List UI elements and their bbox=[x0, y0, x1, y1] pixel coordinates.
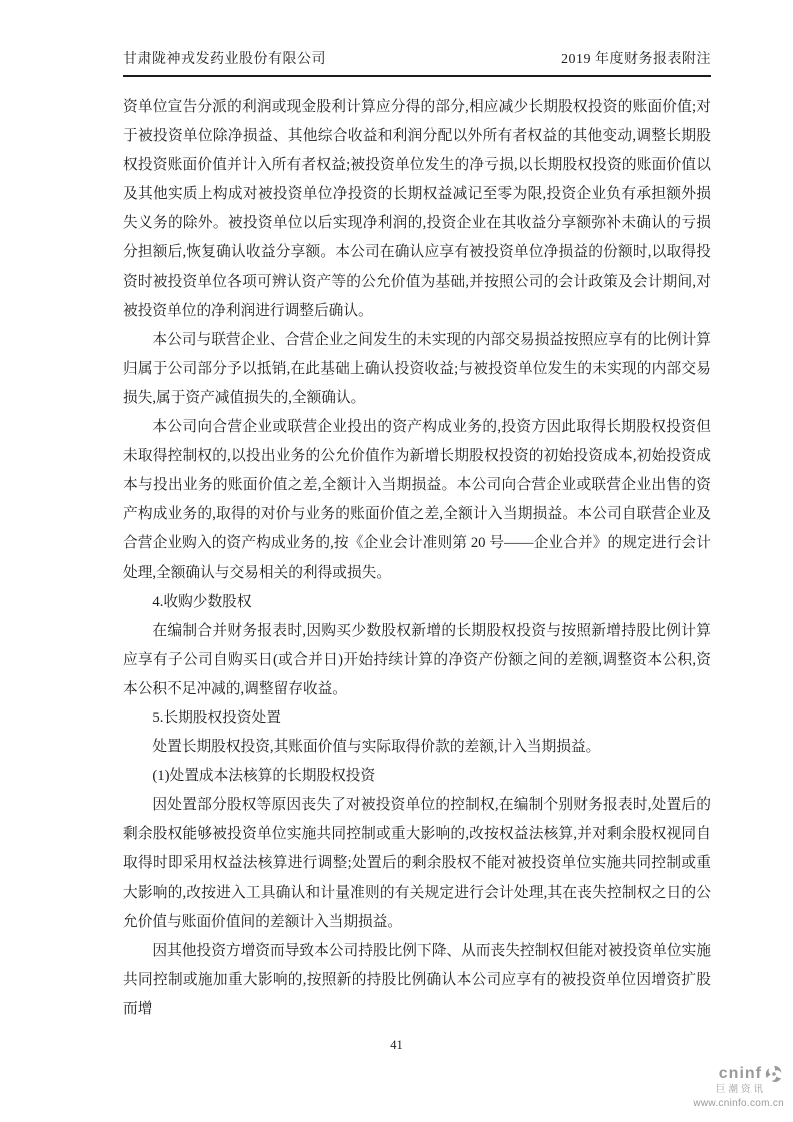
cninfo-logo: cninf 巨潮资讯 www.cninfo.com.cn bbox=[636, 1064, 786, 1109]
paragraph: 在编制合并财务报表时,因购买少数股权新增的长期股权投资与按照新增持股比例计算应享… bbox=[123, 617, 711, 704]
document-body: 资单位宣告分派的利润或现金股利计算应分得的部分,相应减少长期股权投资的账面价值;… bbox=[123, 93, 711, 1024]
cninfo-brand-row: cninf bbox=[636, 1064, 786, 1084]
subsection-heading-cost-method-disposal: (1)处置成本法核算的长期股权投资 bbox=[123, 762, 711, 791]
section-heading-disposal-of-investment: 5.长期股权投资处置 bbox=[123, 704, 711, 733]
paragraph: 因其他投资方增资而导致本公司持股比例下降、从而丧失控制权但能对被投资单位实施共同… bbox=[123, 937, 711, 1024]
paragraph: 处置长期股权投资,其账面价值与实际取得价款的差额,计入当期损益。 bbox=[123, 733, 711, 762]
section-heading-acquire-minority-equity: 4.收购少数股权 bbox=[123, 588, 711, 617]
cninfo-caption: 巨潮资讯 bbox=[636, 1085, 786, 1096]
cninfo-swirl-icon bbox=[764, 1064, 784, 1084]
paragraph: 本公司向合营企业或联营企业投出的资产构成业务的,投资方因此取得长期股权投资但未取… bbox=[123, 413, 711, 588]
cninfo-brand-text: cninf bbox=[719, 1065, 762, 1083]
cninfo-url: www.cninfo.com.cn bbox=[636, 1098, 786, 1110]
page-header: 甘肃陇神戎发药业股份有限公司 2019 年度财务报表附注 bbox=[123, 48, 711, 77]
header-company-name: 甘肃陇神戎发药业股份有限公司 bbox=[123, 48, 326, 68]
document-page: 甘肃陇神戎发药业股份有限公司 2019 年度财务报表附注 资单位宣告分派的利润或… bbox=[0, 0, 793, 1122]
paragraph: 本公司与联营企业、合营企业之间发生的未实现的内部交易损益按照应享有的比例计算归属… bbox=[123, 326, 711, 413]
paragraph-continuation: 资单位宣告分派的利润或现金股利计算应分得的部分,相应减少长期股权投资的账面价值;… bbox=[123, 93, 711, 326]
paragraph: 因处置部分股权等原因丧失了对被投资单位的控制权,在编制个别财务报表时,处置后的剩… bbox=[123, 791, 711, 936]
header-doc-title: 2019 年度财务报表附注 bbox=[561, 48, 711, 68]
page-number: 41 bbox=[0, 1038, 793, 1053]
